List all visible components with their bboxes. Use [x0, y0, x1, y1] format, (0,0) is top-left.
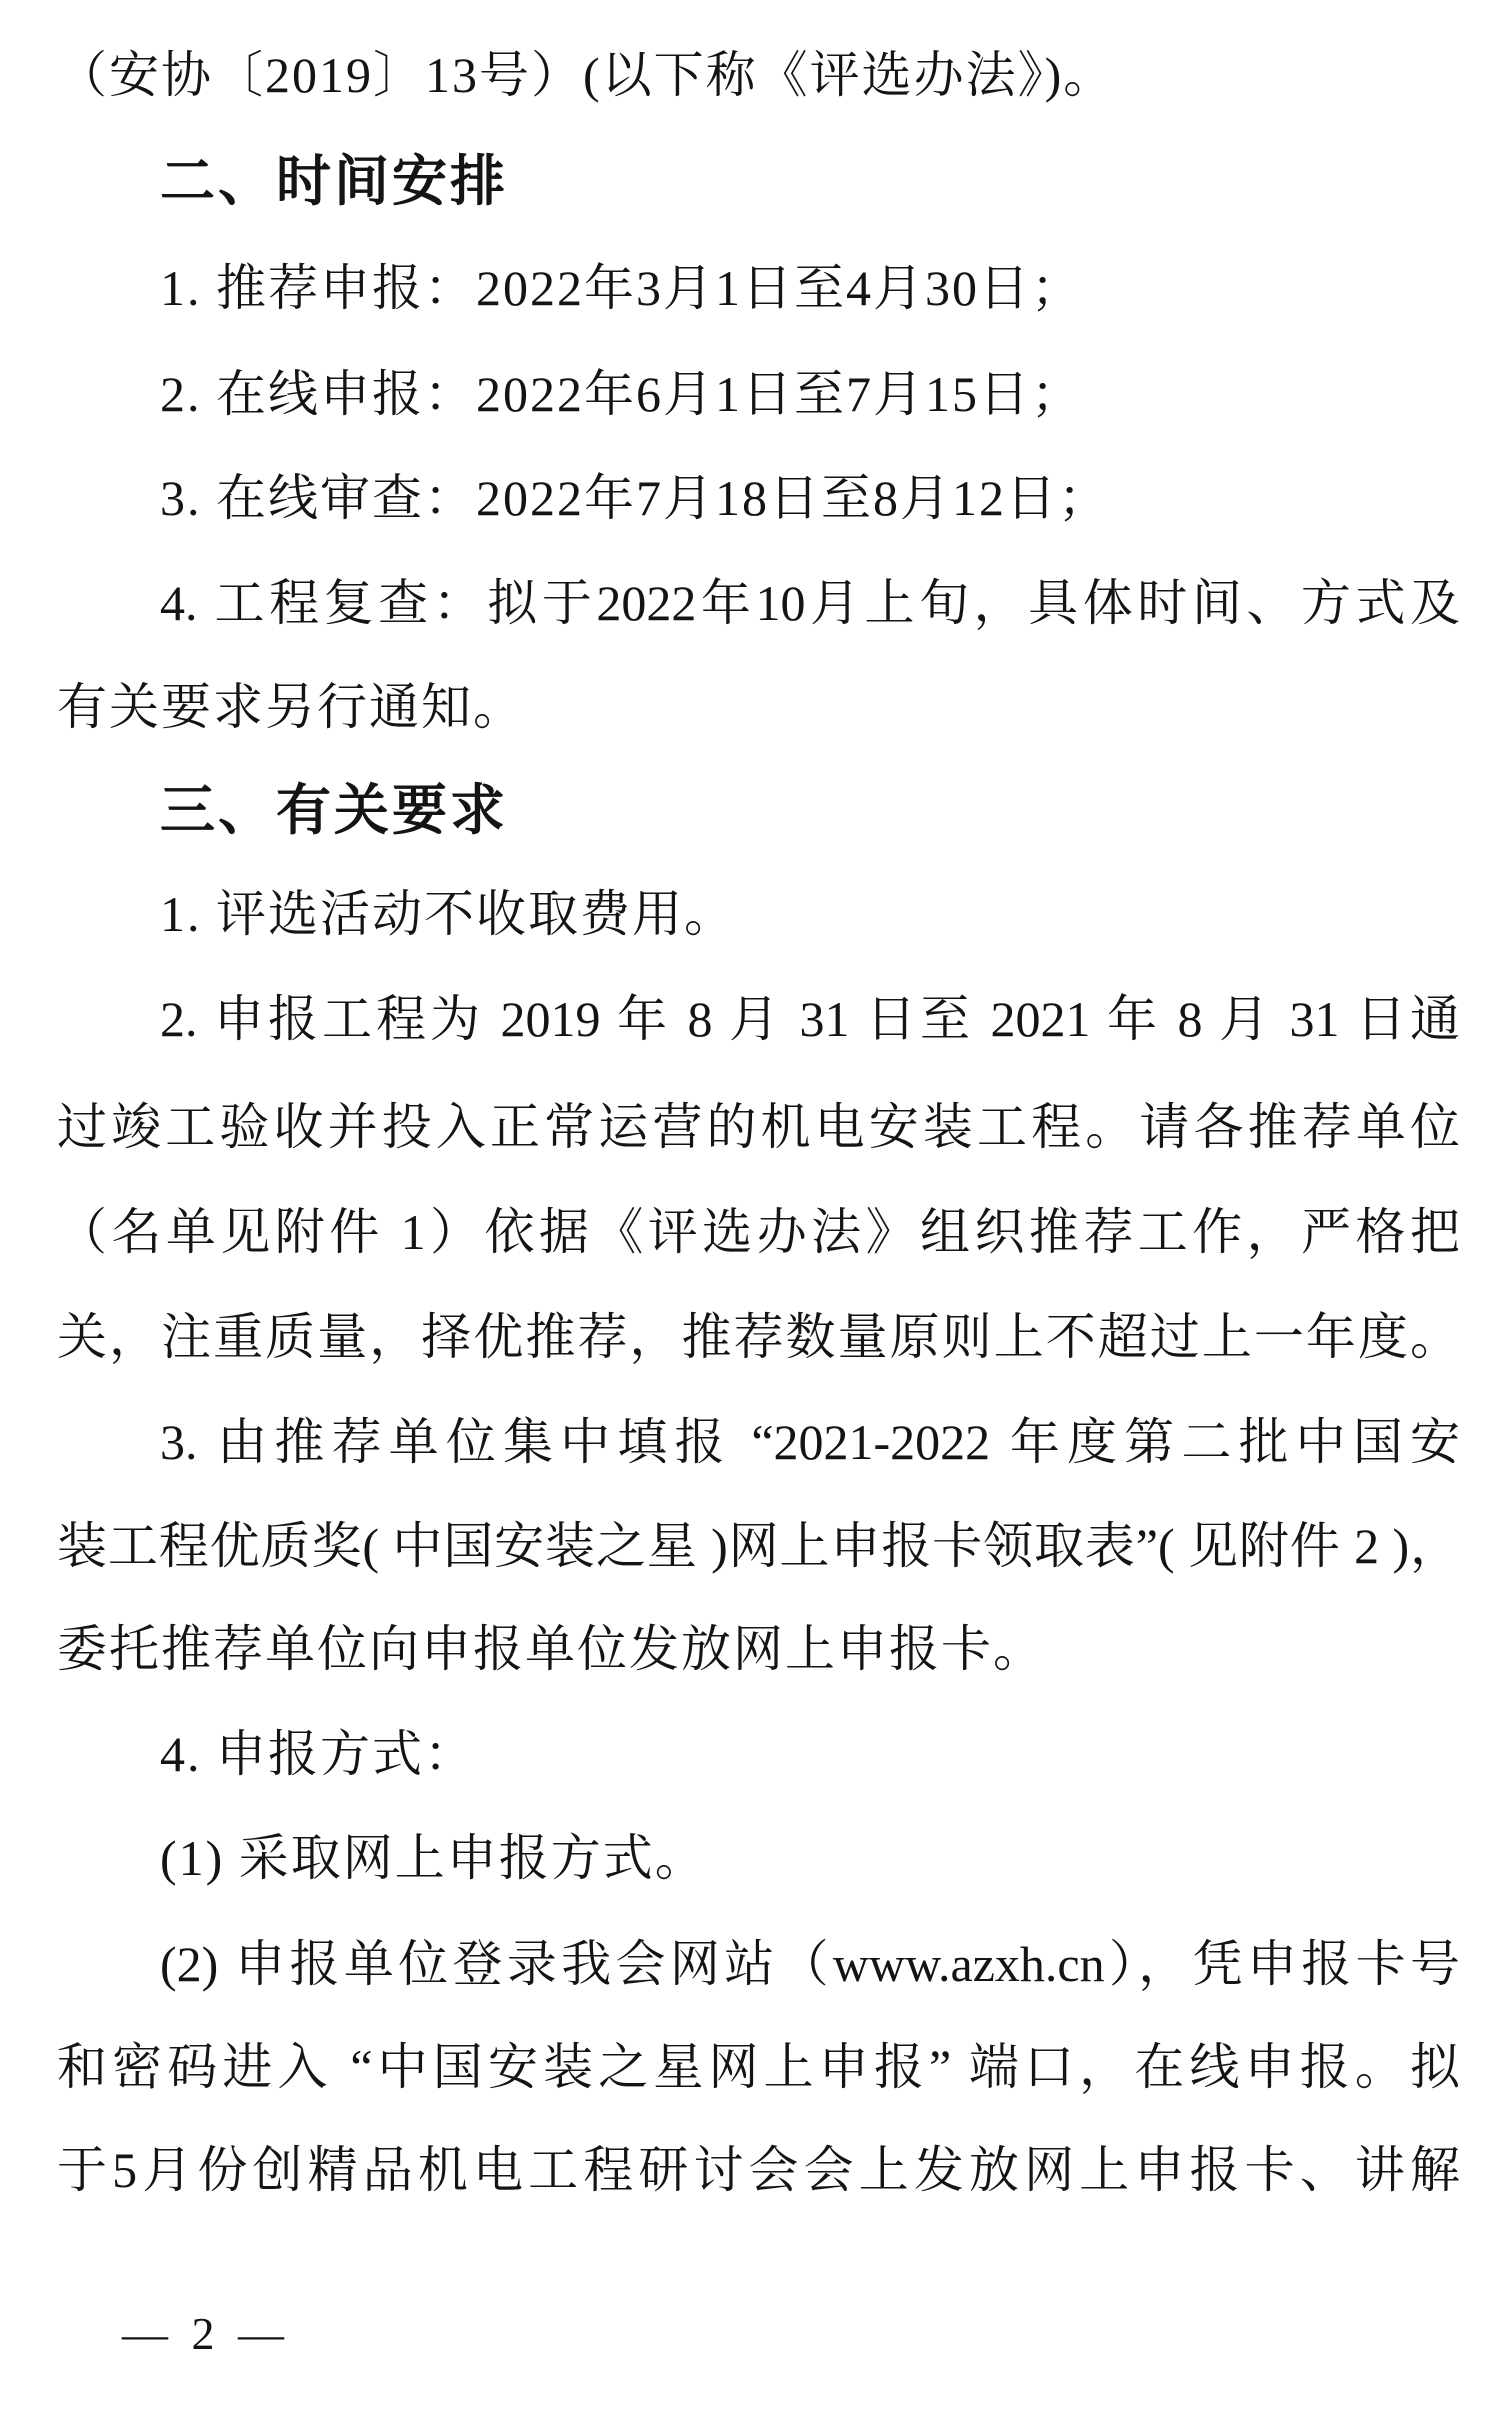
section-heading-requirements: 三、有关要求: [57, 779, 1460, 841]
page-number: — 2 —: [122, 2306, 290, 2362]
sub-item-website-login-line3: 于5月份创精品机电工程研讨会会上发放网上申报卡、讲解: [57, 2139, 1460, 2201]
sub-item-website-login-line2: 和密码进入 “中国安装之星网上申报” 端口，在线申报。拟: [57, 2036, 1460, 2098]
para-card-collection-line1: 3. 由推荐单位集中填报 “2021-2022 年度第二批中国安: [57, 1411, 1460, 1473]
list-item-declare-method: 4. 申报方式：: [57, 1723, 1460, 1785]
list-item-online-declare-dates: 2. 在线申报：2022年6月1日至7月15日；: [57, 363, 1460, 425]
para-eligible-projects-line2: 过竣工验收并投入正常运营的机电安装工程。请各推荐单位: [57, 1096, 1460, 1158]
para-eligible-projects-line1: 2. 申报工程为 2019 年 8 月 31 日至 2021 年 8 月 31 …: [57, 988, 1460, 1050]
document-page: （安协〔2019〕13号）(以下称《评选办法》)。 二、时间安排 1. 推荐申报…: [0, 0, 1500, 2435]
list-item-no-fee: 1. 评选活动不收取费用。: [57, 883, 1460, 945]
list-item-project-recheck-line2: 有关要求另行通知。: [57, 676, 1460, 738]
doc-line-reference-number: （安协〔2019〕13号）(以下称《评选办法》)。: [57, 44, 1460, 106]
para-eligible-projects-line4: 关，注重质量，择优推荐，推荐数量原则上不超过上一年度。: [57, 1306, 1460, 1368]
list-item-online-review-dates: 3. 在线审查：2022年7月18日至8月12日；: [57, 467, 1460, 529]
para-eligible-projects-line3: （名单见附件 1）依据《评选办法》组织推荐工作，严格把: [57, 1201, 1460, 1263]
list-item-project-recheck-line1: 4. 工程复查：拟于2022年10月上旬，具体时间、方式及: [57, 572, 1460, 634]
sub-item-website-login-line1: (2) 申报单位登录我会网站（www.azxh.cn），凭申报卡号: [57, 1933, 1460, 1995]
sub-item-online-method: (1) 采取网上申报方式。: [57, 1827, 1460, 1889]
list-item-recommend-declare-dates: 1. 推荐申报：2022年3月1日至4月30日；: [57, 257, 1460, 319]
section-heading-time-schedule: 二、时间安排: [57, 150, 1460, 212]
para-card-collection-line3: 委托推荐单位向申报单位发放网上申报卡。: [57, 1618, 1460, 1680]
para-card-collection-line2: 装工程优质奖( 中国安装之星 )网上申报卡领取表”( 见附件 2 )，: [57, 1515, 1460, 1577]
